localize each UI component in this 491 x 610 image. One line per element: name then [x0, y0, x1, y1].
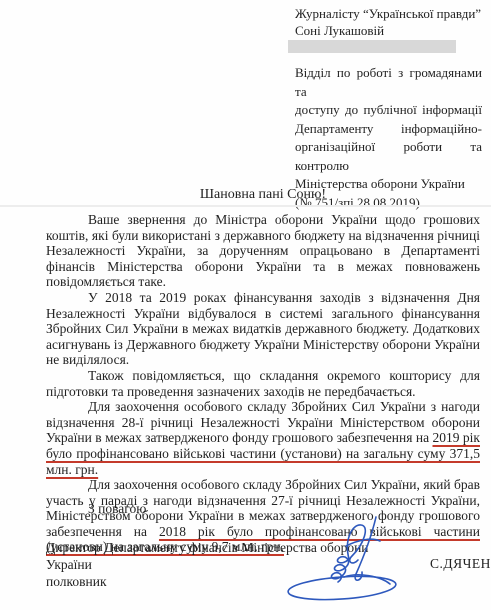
- paragraph-text: Ваше звернення до Міністра оборони Украї…: [46, 212, 480, 289]
- signature-ink-icon: [286, 514, 418, 606]
- paragraph-text: У 2018 та 2019 роках фінансування заході…: [46, 290, 480, 367]
- sender-line: Відділ по роботі з громадянами та: [295, 64, 482, 101]
- recipient-block: Журналісту “Української правди” Соні Лук…: [295, 5, 485, 39]
- body-paragraph: Також повідомляється, що складання окрем…: [46, 368, 480, 399]
- handwritten-signature: [286, 514, 418, 606]
- body-paragraph: Для заохочення особового складу Збройних…: [46, 399, 480, 477]
- letter-page: Журналісту “Української правди” Соні Лук…: [0, 0, 491, 610]
- recipient-line: Журналісту “Української правди”: [295, 5, 485, 22]
- sender-line: Департаменту інформаційно-: [295, 120, 482, 139]
- sender-line: організаційної роботи та контролю: [295, 138, 482, 175]
- salutation: Шановна пані Соню!: [46, 187, 480, 203]
- closing-regards: З повагою: [88, 501, 146, 517]
- sender-line: доступу до публічної інформації: [295, 101, 482, 120]
- scan-artifact-line: [0, 205, 491, 207]
- paragraph-text: Для заохочення особового складу Збройних…: [46, 399, 480, 445]
- body-paragraph: Ваше звернення до Міністра оборони Украї…: [46, 212, 480, 290]
- body-paragraph: У 2018 та 2019 роках фінансування заході…: [46, 290, 480, 368]
- signer-name: С.ДЯЧЕНКО: [430, 556, 491, 572]
- paragraph-text: Також повідомляється, що складання окрем…: [46, 368, 480, 399]
- redacted-text-bar: [288, 40, 456, 53]
- recipient-line: Соні Лукашовій: [295, 22, 485, 39]
